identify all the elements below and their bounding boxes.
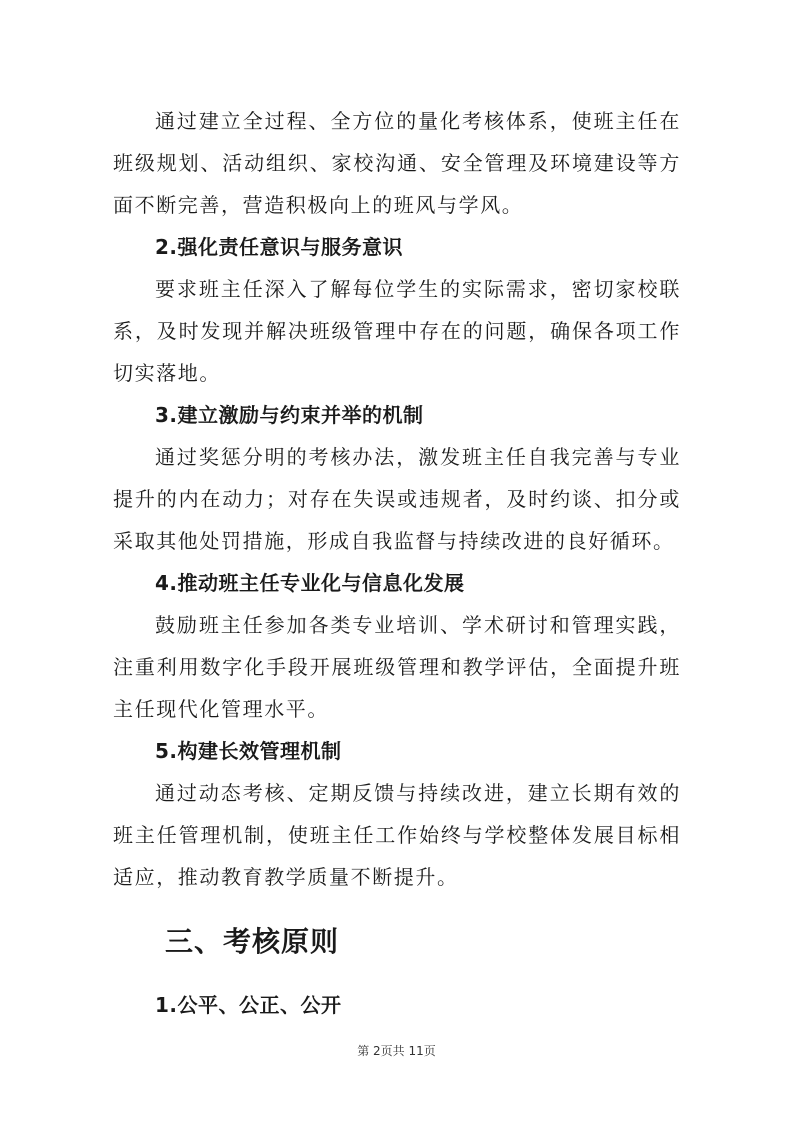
paragraph-incentive-mechanism: 通过奖惩分明的考核办法，激发班主任自我完善与专业提升的内在动力；对存在失误或违规… (113, 436, 681, 562)
page-number-footer: 第 2页共 11页 (0, 1042, 793, 1059)
subheading-incentive-mechanism: 3.建立激励与约束并举的机制 (113, 394, 681, 436)
paragraph-long-term-mechanism: 通过动态考核、定期反馈与持续改进，建立长期有效的班主任管理机制，使班主任工作始终… (113, 772, 681, 898)
paragraph-professional-development: 鼓励班主任参加各类专业培训、学术研讨和管理实践，注重利用数字化手段开展班级管理和… (113, 604, 681, 730)
subheading-professional-development: 4.推动班主任专业化与信息化发展 (113, 562, 681, 604)
subheading-fairness: 1.公平、公正、公开 (113, 984, 681, 1026)
paragraph-quantitative-assessment: 通过建立全过程、全方位的量化考核体系，使班主任在班级规划、活动组织、家校沟通、安… (113, 100, 681, 226)
paragraph-responsibility-awareness: 要求班主任深入了解每位学生的实际需求，密切家校联系，及时发现并解决班级管理中存在… (113, 268, 681, 394)
subheading-long-term-mechanism: 5.构建长效管理机制 (113, 730, 681, 772)
document-page: 通过建立全过程、全方位的量化考核体系，使班主任在班级规划、活动组织、家校沟通、安… (113, 100, 681, 1026)
subheading-responsibility-awareness: 2.强化责任意识与服务意识 (113, 226, 681, 268)
section-title-assessment-principles: 三、考核原则 (113, 922, 681, 962)
